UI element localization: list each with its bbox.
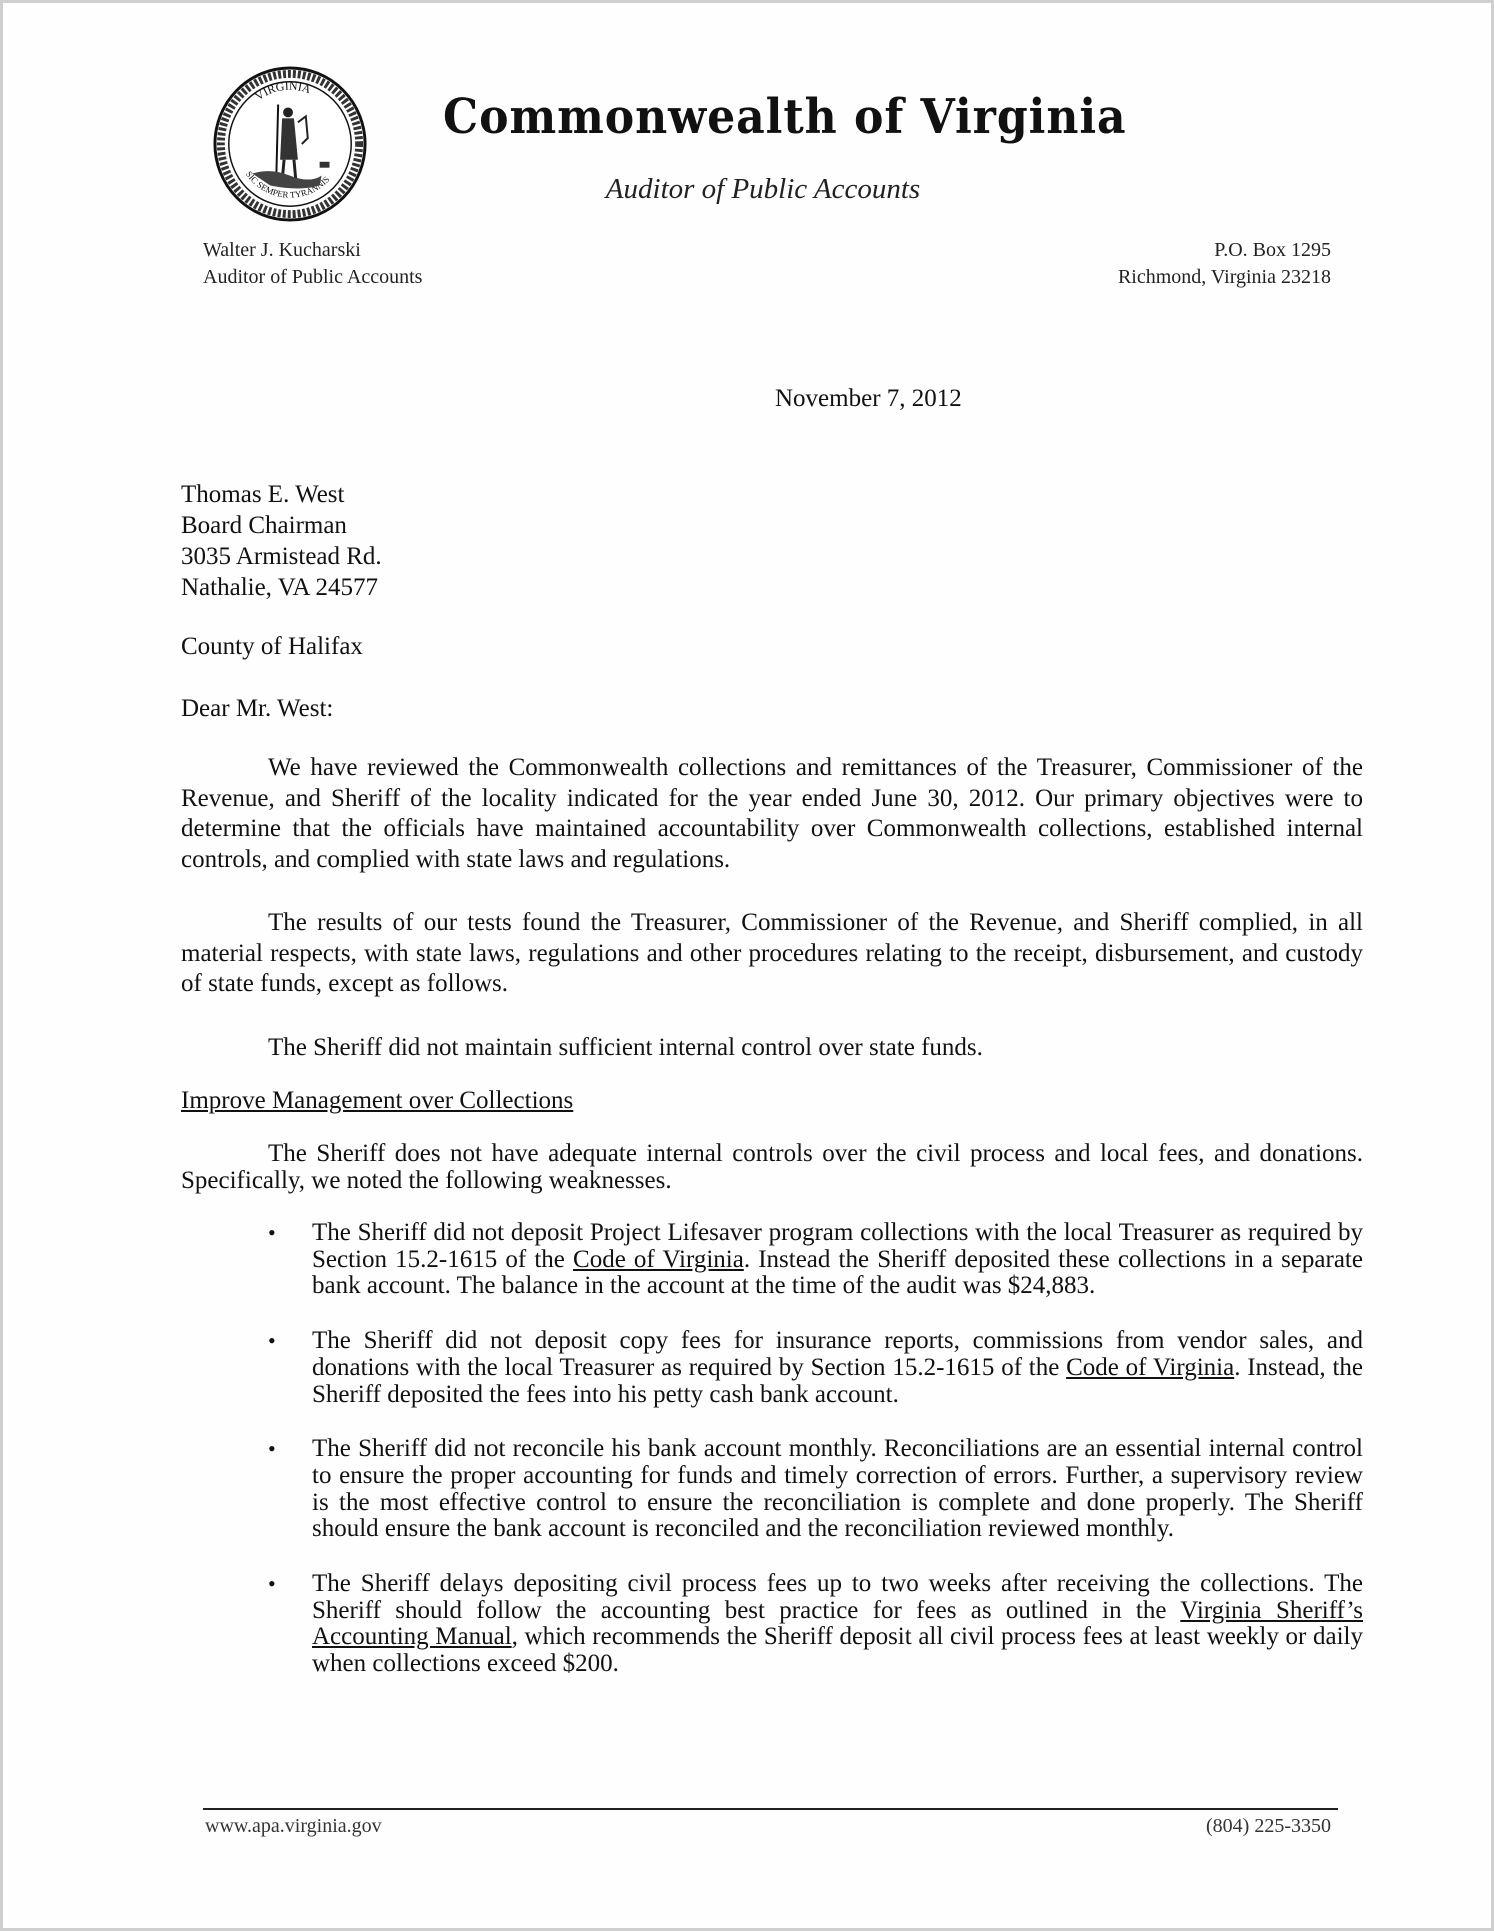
body-paragraph: The Sheriff did not maintain sufficient … — [181, 1033, 1363, 1064]
code-reference: Code of Virginia — [1066, 1354, 1234, 1381]
recipient-address: Thomas E. West Board Chairman 3035 Armis… — [181, 479, 382, 603]
footer-phone: (804) 225-3350 — [1206, 1815, 1331, 1838]
bullet-icon: • — [268, 1220, 276, 1247]
sender-name: Walter J. Kucharski — [203, 237, 422, 264]
bullet-icon: • — [268, 1436, 276, 1463]
letterhead-subtitle: Auditor of Public Accounts — [563, 173, 963, 206]
letterhead-title: Commonwealth of Virginia — [443, 89, 1028, 145]
county-line: County of Halifax — [181, 633, 363, 661]
body-paragraph: The results of our tests found the Treas… — [181, 908, 1363, 1000]
section-intro: The Sheriff does not have adequate inter… — [181, 1141, 1363, 1194]
finding-item: • The Sheriff did not reconcile his bank… — [181, 1436, 1363, 1543]
finding-item: • The Sheriff did not deposit copy fees … — [181, 1328, 1363, 1408]
sender-title: Auditor of Public Accounts — [203, 264, 422, 291]
bullet-icon: • — [268, 1571, 276, 1598]
letter-page: VIRGINIA SIC SEMPER TYRANNIS Commonwealt… — [0, 0, 1494, 1931]
finding-item: • The Sheriff delays depositing civil pr… — [181, 1571, 1363, 1678]
finding-text: The Sheriff did not reconcile his bank a… — [312, 1435, 1363, 1542]
recipient-name: Thomas E. West — [181, 479, 382, 510]
footer-divider — [203, 1808, 1338, 1810]
office-address-line2: Richmond, Virginia 23218 — [1118, 264, 1331, 291]
finding-item: • The Sheriff did not deposit Project Li… — [181, 1220, 1363, 1300]
recipient-city: Nathalie, VA 24577 — [181, 572, 382, 603]
findings-list: • The Sheriff did not deposit Project Li… — [181, 1220, 1363, 1706]
sender-block: Walter J. Kucharski Auditor of Public Ac… — [203, 237, 422, 291]
office-address: P.O. Box 1295 Richmond, Virginia 23218 — [1118, 237, 1331, 291]
footer-website: www.apa.virginia.gov — [205, 1815, 382, 1838]
recipient-street: 3035 Armistead Rd. — [181, 541, 382, 572]
body-paragraph: We have reviewed the Commonwealth collec… — [181, 753, 1363, 875]
bullet-icon: • — [268, 1328, 276, 1355]
letter-date: November 7, 2012 — [775, 385, 962, 413]
recipient-title: Board Chairman — [181, 510, 382, 541]
office-address-line1: P.O. Box 1295 — [1118, 237, 1331, 264]
virginia-state-seal-icon: VIRGINIA SIC SEMPER TYRANNIS — [211, 65, 369, 223]
section-heading: Improve Management over Collections — [181, 1087, 573, 1115]
salutation: Dear Mr. West: — [181, 695, 333, 723]
code-reference: Code of Virginia — [573, 1246, 744, 1273]
